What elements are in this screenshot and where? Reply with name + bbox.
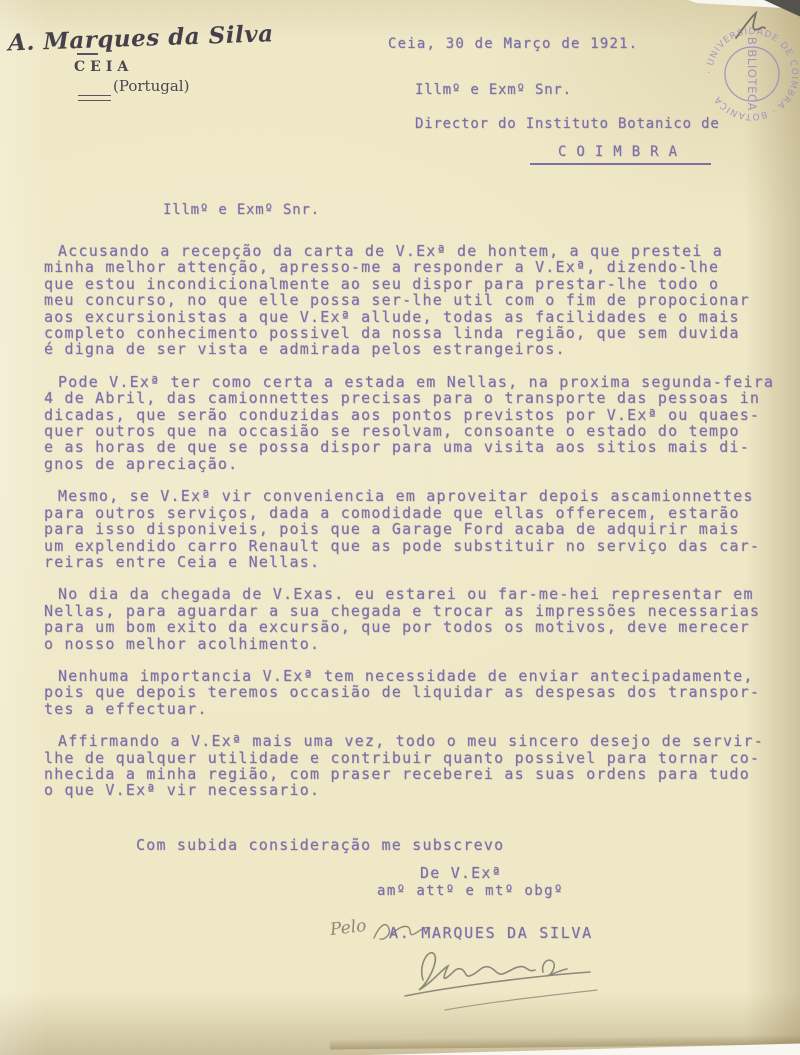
recipient-city: COIMBRA [530,144,711,165]
closing-line: Com subida consideração me subscrevo [136,837,789,853]
paragraph-6: Affirmando a V.Exª mais uma vez, todo o … [44,733,789,799]
dateline: Ceia, 30 de Março de 1921. [388,36,638,52]
recipient-honorific: Illmº e Exmº Snr. [415,82,572,98]
letterhead-city: CEIA [74,59,133,75]
paragraph-4: No dia da chegada de V.Exas. eu estarei … [44,586,789,652]
stamp-center-text: BIBLIOTECA [745,37,759,111]
valediction-line-1: De V.Exª [420,865,789,881]
page-number-pencil-mark [726,8,774,44]
paragraph-5: Nenhuma importancia V.Exª tem necessidad… [44,668,789,717]
letterhead-country: (Portugal) [113,77,189,95]
salutation: Illmº e Exmº Snr. [163,202,320,218]
handwritten-signature [385,938,610,1016]
letter-body: Accusando a recepção da carta de V.Exª d… [44,243,789,899]
letterhead-rule-bottom [78,95,111,101]
letter-page: A. Marques da Silva CEIA (Portugal) · UN… [0,0,800,1055]
paragraph-2: Pode V.Exª ter como certa a estada em Ne… [44,374,789,472]
valediction-line-2: amº attº e mtº obgº [377,883,789,899]
paragraph-3: Mesmo, se V.Exª vir conveniencia em apro… [44,488,789,570]
handwritten-note: Pelo [329,916,368,940]
recipient-title: Director do Instituto Botanico de [415,116,720,132]
paragraph-1: Accusando a recepção da carta de V.Exª d… [44,243,789,358]
letterhead-script-name: A. Marques da Silva [8,23,209,57]
letterhead-rule-top [77,53,98,55]
